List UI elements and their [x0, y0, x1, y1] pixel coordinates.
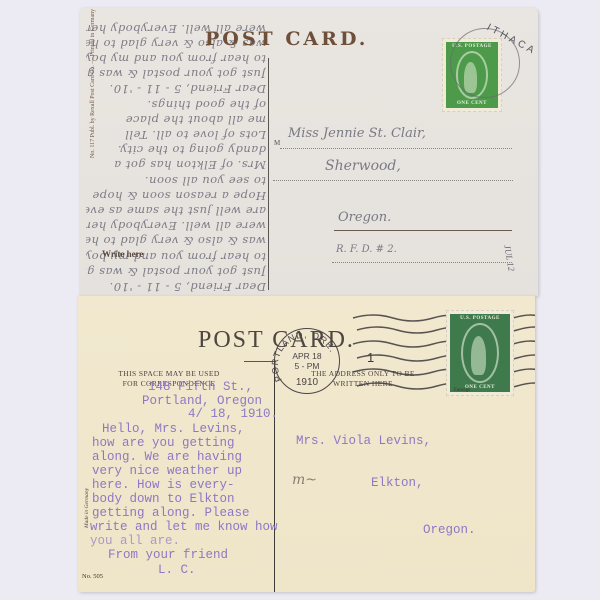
postcard-title: POST CARD.: [205, 28, 368, 50]
recipient-city: Elkton,: [371, 476, 424, 490]
address-rule: [280, 148, 512, 149]
postmark-city-text: PORTLAND, ORE.: [270, 330, 338, 384]
postcard-top: Dear Friend, 5 - 11 - '10. Just got your…: [80, 8, 538, 296]
message-line: Lots of love to all. Tell: [86, 127, 266, 142]
stamp-caption: Farwigs: [454, 388, 470, 393]
address-line-state: Oregon.: [338, 210, 391, 225]
made-in-germany-label: Made in Germany: [84, 488, 90, 528]
address-prefix: M: [274, 139, 280, 147]
return-address-city: Portland, Oregon: [142, 394, 262, 408]
message-line: body down to Elkton: [92, 492, 235, 506]
card-divider: [268, 58, 269, 290]
address-line-rfd: R. F. D. # 2.: [336, 244, 397, 255]
message-line: you all are.: [90, 534, 180, 548]
message-line: here. How is every-: [92, 478, 235, 492]
address-line-name: Miss Jennie St. Clair,: [288, 126, 426, 141]
message-line: Hope a reason soon & hope: [86, 188, 266, 203]
message-line: along. We are having: [92, 450, 242, 464]
address-line-city: Sherwood,: [325, 158, 401, 174]
stamp-value-text: ONE CENT: [457, 101, 487, 106]
postcard-bottom: POST CARD. THIS SPACE MAY BE USED FOR CO…: [78, 296, 535, 592]
message-line: were all well. Everybody here: [86, 218, 266, 233]
recipient-state: Oregon.: [423, 523, 476, 537]
message-line: very nice weather up: [92, 464, 242, 478]
message-line: dandy going to the city.: [86, 142, 266, 157]
message-line: was & also & very glad to hear you: [86, 233, 266, 248]
message-line: Dear Friend, 5 - 11 - '10.: [86, 81, 266, 96]
message-line: write and let me know how: [90, 520, 278, 534]
message-line: From your friend: [108, 548, 228, 562]
message-line: Just got your postal & was glad: [86, 66, 266, 81]
svg-text:PORTLAND, ORE.: PORTLAND, ORE.: [270, 330, 338, 384]
postmark-city-arc: PORTLAND, ORE.: [268, 322, 344, 398]
signature: L. C.: [158, 563, 196, 577]
message-line: me all about the place: [86, 112, 266, 127]
franklin-portrait-icon: [461, 323, 499, 383]
return-address-street: 148 Fifth St.,: [148, 380, 253, 394]
message-line: of the good things.: [86, 96, 266, 111]
cancel-marker: 1: [367, 350, 374, 365]
message-line: Dear Friend, 5 - 11 - '10.: [86, 279, 266, 294]
letter-date: 4/ 18, 1910.: [188, 407, 278, 421]
correspondence-label-line: THIS SPACE MAY BE USED: [94, 369, 244, 379]
postage-stamp-one-cent: U.S. POSTAGE ONE CENT: [446, 310, 514, 396]
address-rule: [334, 230, 512, 231]
pencil-scribble: m~: [292, 472, 317, 488]
message-line: to see you all soon.: [86, 172, 266, 187]
message-line: Hello, Mrs. Levins,: [102, 422, 245, 436]
address-rule: [273, 180, 513, 181]
card-number: No. 505: [82, 573, 103, 580]
message-line: how are you getting: [92, 436, 235, 450]
recipient-name: Mrs. Viola Levins,: [296, 434, 431, 448]
message-line: are well just the same as ever.: [86, 203, 266, 218]
message-line: to hear from you and my boy's mother: [86, 51, 266, 66]
write-here-label: Write here: [102, 249, 143, 259]
publisher-imprint: No. 117 Publ. by Rexall Post Card Co. — …: [90, 9, 96, 158]
address-rule: [332, 262, 512, 263]
message-line: Mrs. of Elkton has got a: [86, 157, 266, 172]
stamp-top-text: U.S. POSTAGE: [460, 316, 500, 321]
message-line: Just got your postal & was glad: [86, 264, 266, 279]
message-line: getting along. Please: [92, 506, 250, 520]
edge-date-note: JUL 12: [502, 244, 516, 272]
